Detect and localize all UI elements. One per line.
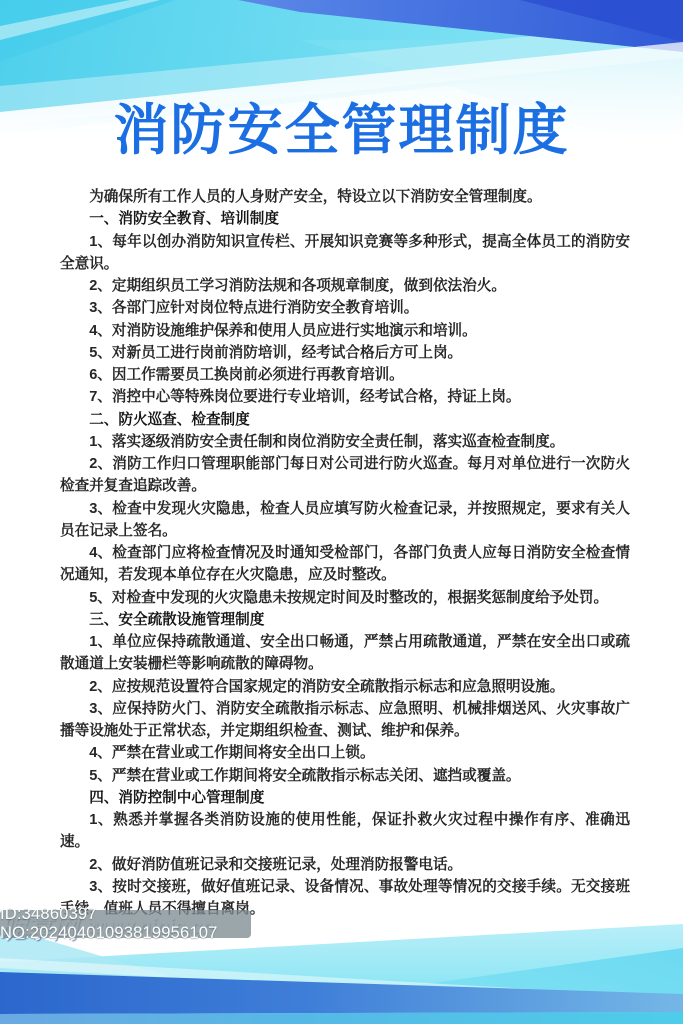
policy-item: 2、应按规范设置符合国家规定的消防安全疏散指示标志和应急照明设施。 <box>60 676 630 698</box>
page-title: 消防安全管理制度 <box>0 86 683 165</box>
policy-item: 3、检查中发现火灾隐患，检查人员应填写防火检查记录，并按照规定，要求有关人员在记… <box>60 498 630 543</box>
policy-item: 2、消防工作归口管理职能部门每日对公司进行防火巡查。每月对单位进行一次防火检查并… <box>60 453 630 498</box>
intro-paragraph: 为确保所有工作人员的人身财产安全，特设立以下消防安全管理制度。 <box>60 186 630 208</box>
policy-item: 2、定期组织员工学习消防法规和各项规章制度，做到依法治火。 <box>60 275 630 297</box>
policy-item: 5、对检查中发现的火灾隐患未按规定时间及时整改的，根据奖惩制度给予处罚。 <box>60 587 630 609</box>
policy-item: 3、各部门应针对岗位特点进行消防安全教育培训。 <box>60 297 630 319</box>
footer-decoration: 昵享网 www.nipic.cn ID:34860397 NO:20240401… <box>0 910 683 1024</box>
section-heading-2: 二、防火巡查、检查制度 <box>60 409 630 431</box>
policy-item: 4、对消防设施维护保养和使用人员应进行实地演示和培训。 <box>60 320 630 342</box>
policy-item: 1、每年以创办消防知识宣传栏、开展知识竞赛等多种形式，提高全体员工的消防安全意识… <box>60 231 630 276</box>
policy-item: 7、消控中心等特殊岗位要进行专业培训，经考试合格，持证上岗。 <box>60 386 630 408</box>
policy-item: 1、熟悉并掌握各类消防设施的使用性能，保证扑救火灾过程中操作有序、准确迅速。 <box>60 809 630 854</box>
policy-item: 5、对新员工进行岗前消防培训，经考试合格后方可上岗。 <box>60 342 630 364</box>
policy-item: 2、做好消防值班记录和交接班记录，处理消防报警电话。 <box>60 854 630 876</box>
policy-item: 4、检查部门应将检查情况及时通知受检部门，各部门负责人应每日消防安全检查情况通知… <box>60 542 630 587</box>
policy-item: 3、应保持防火门、消防安全疏散指示标志、应急照明、机械排烟送风、火灾事故广播等设… <box>60 698 630 743</box>
policy-item: 1、单位应保持疏散通道、安全出口畅通，严禁占用疏散通道，严禁在安全出口或疏散通道… <box>60 631 630 676</box>
policy-item: 6、因工作需要员工换岗前必须进行再教育培训。 <box>60 364 630 386</box>
section-heading-4: 四、消防控制中心管理制度 <box>60 787 630 809</box>
image-id-badge: ID:34860397 NO:20240401093819956107 <box>0 910 251 938</box>
policy-item: 5、严禁在营业或工作期间将安全疏散指示标志关闭、遮挡或覆盖。 <box>60 765 630 787</box>
policy-text-body: 为确保所有工作人员的人身财产安全，特设立以下消防安全管理制度。 一、消防安全教育… <box>60 186 630 920</box>
policy-item: 1、落实逐级消防安全责任制和岗位消防安全责任制，落实巡查检查制度。 <box>60 431 630 453</box>
policy-item: 4、严禁在营业或工作期间将安全出口上锁。 <box>60 742 630 764</box>
section-heading-3: 三、安全疏散设施管理制度 <box>60 609 630 631</box>
section-heading-1: 一、消防安全教育、培训制度 <box>60 208 630 230</box>
